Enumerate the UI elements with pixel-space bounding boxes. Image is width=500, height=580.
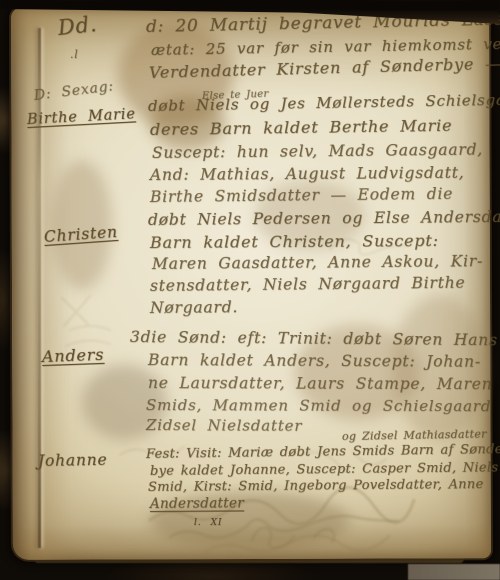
folio-mark: l. XI (194, 518, 223, 528)
margin-note-dot: .l (70, 48, 79, 61)
margin-note-dd: Dd. (57, 12, 99, 40)
background-patch (408, 564, 500, 580)
record-line: Nørgaard. (150, 298, 238, 317)
record-line: Zidsel Nielsdatter (146, 416, 302, 435)
manuscript-photo: Dd. .l D: Sexag: Birthe Marie Christen A… (0, 0, 500, 580)
interlinear-note: og Zidsel Mathiasdatter (342, 427, 487, 443)
record-line: døbt Niels Pedersen og Else Andersdatt (148, 208, 500, 229)
record-line: Birthe Smidsdatter — Eodem die (150, 185, 453, 206)
record-line: Smid, Kirst: Smid, Ingeborg Povelsdatter… (148, 477, 484, 495)
record-line: Maren Gaasdatter, Anne Askou, Kir- (152, 252, 483, 273)
record-line: Suscept: hun selv, Mads Gaasgaard, (152, 141, 483, 162)
record-line: 3die Sønd: eft: Trinit: døbt Søren Hans (130, 328, 498, 349)
record-line: ne Laursdatter, Laurs Stampe, Maren (148, 374, 493, 393)
record-line: Barn kaldet Christen, Suscept: (150, 231, 439, 252)
record-line: And: Mathias, August Ludvigsdatt, (150, 164, 465, 184)
margin-name-johanne: Johanne (38, 451, 108, 470)
record-line: stensdatter, Niels Nørgaard Birthe (150, 274, 466, 295)
record-line: Barn kaldet Anders, Suscept: Johan- (148, 351, 481, 371)
margin-name-anders: Anders (42, 345, 105, 366)
record-line: Smids, Mammen Smid og Schielsgaard og (146, 396, 500, 415)
record-line: Andersdatter (150, 495, 244, 512)
